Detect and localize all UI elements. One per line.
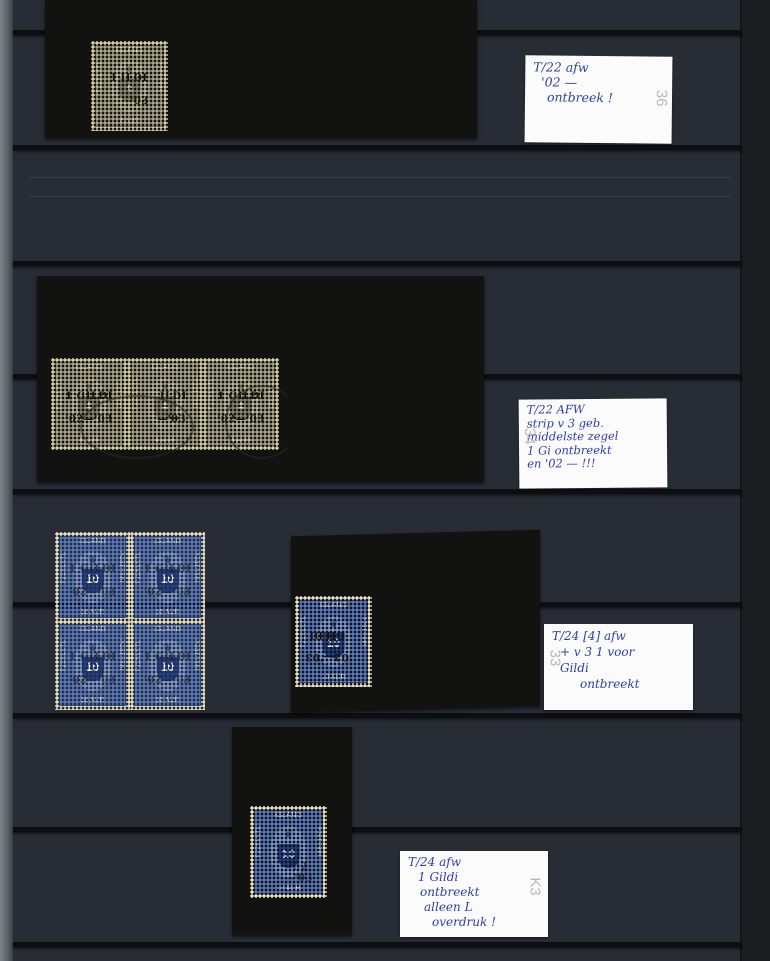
stamp-design: ISLAND PJÓNUSTU POSTFRIM ♛ 10 10 AUR GIL…: [299, 600, 368, 683]
stamp-10-aur-row4[interactable]: ISLAND PJÓNUSTU POSTFRIM ♛ 10 10 AUR '02…: [250, 806, 327, 898]
overprint-line1: I ILDI: [96, 73, 163, 84]
stamp-10-aur-inverted-overprint[interactable]: ISLAND PJÓNUSTU POSTFRIM ♛ 10 10 AUR GIL…: [295, 596, 372, 687]
strip-divider: [13, 942, 742, 947]
note-card-1: T/22 afw '02 — ontbreek ! 36: [525, 55, 673, 144]
strip-sheen: [30, 196, 730, 197]
stamp-design: ISLAND PJÓNUSTU POSTFRIM ♛ 4 4 AUR 1 GIL…: [207, 362, 275, 446]
strip-sheen: [30, 177, 730, 178]
overprint-line2: —'03: [145, 414, 198, 425]
overprint-line2: '02—'03: [275, 862, 322, 884]
note-line: alleen L: [408, 900, 540, 915]
stamp-side-left: PJÓNUSTU: [133, 377, 139, 409]
overprint-line1: 1 GILDI: [56, 391, 122, 402]
note-card-4: T/24 afw 1 Gildi ontbreekt alleen L over…: [400, 851, 548, 937]
note-line: 1 Gildi: [408, 870, 540, 885]
stamp-country: ISLAND: [208, 364, 274, 371]
overprint-inverted-line1: GILDI: [300, 629, 354, 640]
stamp-design: ISLAND PJÓNUSTU POSTFRIM ♛ 10 10 AUR 1 G…: [134, 536, 201, 618]
note-line: T/22 AFW: [527, 402, 659, 417]
page-right-edge: [740, 0, 770, 961]
overprint-line2: '03: [116, 96, 163, 107]
stamp-design: ISLAND PJÓNUSTU POSTFRIM ♛ 4 4 AUR I ILD…: [95, 45, 164, 127]
stamp-10-aur-block-1[interactable]: ISLAND PJÓNUSTU POSTFRIM ♛ 10 10 AUR 1 G…: [55, 532, 130, 622]
stamp-side-right: POSTFRIM: [315, 825, 321, 856]
note-line: ontbreek !: [533, 89, 664, 105]
note-line: en '02 — !!!: [527, 456, 659, 471]
overprint-line1: 1 GILDI: [135, 564, 200, 575]
strip-divider: [13, 261, 742, 266]
note-line: T/24 afw: [408, 855, 540, 870]
stamp-country: ISLAND: [300, 602, 367, 609]
stamp-denomination: 4 AUR: [208, 437, 274, 444]
stamp-4-aur-strip-1[interactable]: ISLAND PJÓNUSTU POSTFRIM ♛ 4 4 AUR 1 GIL…: [51, 358, 127, 450]
stamp-country: ISLAND: [135, 538, 200, 545]
stamp-side-left: PJÓNUSTU: [256, 825, 262, 857]
stamp-denomination: 4 AUR: [132, 437, 198, 444]
strip-divider: [13, 489, 742, 494]
note-card-2: T/22 AFW strip v 3 geb. middelste zegel …: [519, 398, 668, 488]
pencil-number: 36: [654, 90, 669, 107]
stamp-denomination: 10 AUR: [255, 885, 322, 892]
stamp-10-aur-block-3[interactable]: ISLAND PJÓNUSTU POSTFRIM ♛ 10 10 AUR 1 G…: [55, 620, 130, 710]
stamp-denomination: 4 AUR: [96, 118, 163, 125]
overprint-line1: 1 GILDI: [60, 564, 125, 575]
stamp-4-aur-row1[interactable]: ISLAND PJÓNUSTU POSTFRIM ♛ 4 4 AUR I ILD…: [91, 41, 168, 131]
note-line: T/22 afw: [533, 59, 664, 75]
note-line: + v 3 1 voor: [552, 644, 685, 660]
note-line: '02 —: [533, 74, 664, 90]
note-line: middelste zegel: [527, 429, 659, 444]
overprint-inverted-line2: '02—'03: [299, 651, 367, 662]
note-card-3: T/24 [4] afw + v 3 1 voor Gildi ontbreek…: [544, 624, 693, 710]
stamp-4-aur-strip-3[interactable]: ISLAND PJÓNUSTU POSTFRIM ♛ 4 4 AUR 1 GIL…: [203, 358, 279, 450]
overprint-line2: '02—'03: [60, 675, 125, 686]
page-binding-edge: [0, 0, 13, 961]
stamp-denomination: 10 AUR: [60, 697, 125, 704]
pencil-number: K3: [527, 877, 542, 895]
stamp-denomination: 4 AUR: [56, 437, 122, 444]
stamp-side-right: POSTFRIM: [360, 615, 366, 646]
stamp-denomination: 10 AUR: [300, 674, 367, 681]
overprint-line1: 1 GILDI: [135, 652, 200, 663]
stamp-design: ISLAND PJÓNUSTU POSTFRIM ♛ 10 10 AUR 1 G…: [59, 624, 126, 706]
note-line: T/24 [4] afw: [552, 628, 685, 644]
stamp-country: ISLAND: [96, 47, 163, 54]
stamp-denomination: 10 AUR: [135, 697, 200, 704]
overprint-line2: '02—'03: [56, 414, 122, 425]
stamp-denomination: 10 AUR: [60, 609, 125, 616]
overprint-line1: ILDI: [149, 391, 199, 402]
note-line: ontbreekt: [552, 676, 685, 692]
stamp-design: ISLAND PJÓNUSTU POSTFRIM ♛ 10 10 AUR '02…: [254, 810, 323, 894]
pencil-number: 34: [522, 428, 536, 445]
overprint-line1: 1 GILDI: [60, 652, 125, 663]
note-line: Gildi: [552, 660, 685, 676]
stamp-design: ISLAND PJÓNUSTU POSTFRIM ♛ 4 4 AUR ILDI …: [131, 362, 199, 446]
overprint-line2: '02—'03: [60, 587, 125, 598]
stamp-country: ISLAND: [56, 364, 122, 371]
crown-icon: ♛: [284, 827, 294, 840]
stamp-design: ISLAND PJÓNUSTU POSTFRIM ♛ 4 4 AUR 1 GIL…: [55, 362, 123, 446]
stamp-design: ISLAND PJÓNUSTU POSTFRIM ♛ 10 10 AUR 1 G…: [134, 624, 201, 706]
stamp-country: ISLAND: [60, 626, 125, 633]
stamp-country: ISLAND: [135, 626, 200, 633]
pencil-number: 33: [546, 650, 562, 667]
note-line: overdruk !: [408, 915, 540, 930]
overprint-line2: '02—'03: [208, 414, 274, 425]
strip-divider: [13, 145, 742, 150]
strip-divider: [13, 713, 742, 718]
note-line: ontbreekt: [408, 885, 540, 900]
overprint-line2: '02—'03: [135, 587, 200, 598]
stamp-country: ISLAND: [255, 812, 322, 819]
stamp-design: ISLAND PJÓNUSTU POSTFRIM ♛ 10 10 AUR 1 G…: [59, 536, 126, 618]
stamp-10-aur-block-4[interactable]: ISLAND PJÓNUSTU POSTFRIM ♛ 10 10 AUR 1 G…: [130, 620, 205, 710]
stamp-denomination: 10 AUR: [135, 609, 200, 616]
stamp-country: ISLAND: [132, 364, 198, 371]
stamp-country: ISLAND: [60, 538, 125, 545]
stamp-4-aur-strip-2[interactable]: ISLAND PJÓNUSTU POSTFRIM ♛ 4 4 AUR ILDI …: [127, 358, 203, 450]
strip-divider: [13, 827, 742, 832]
overprint-line2: '02—'03: [135, 675, 200, 686]
overprint-line1: 1 GILDI: [208, 391, 274, 402]
stamp-10-aur-block-2[interactable]: ISLAND PJÓNUSTU POSTFRIM ♛ 10 10 AUR 1 G…: [130, 532, 205, 622]
